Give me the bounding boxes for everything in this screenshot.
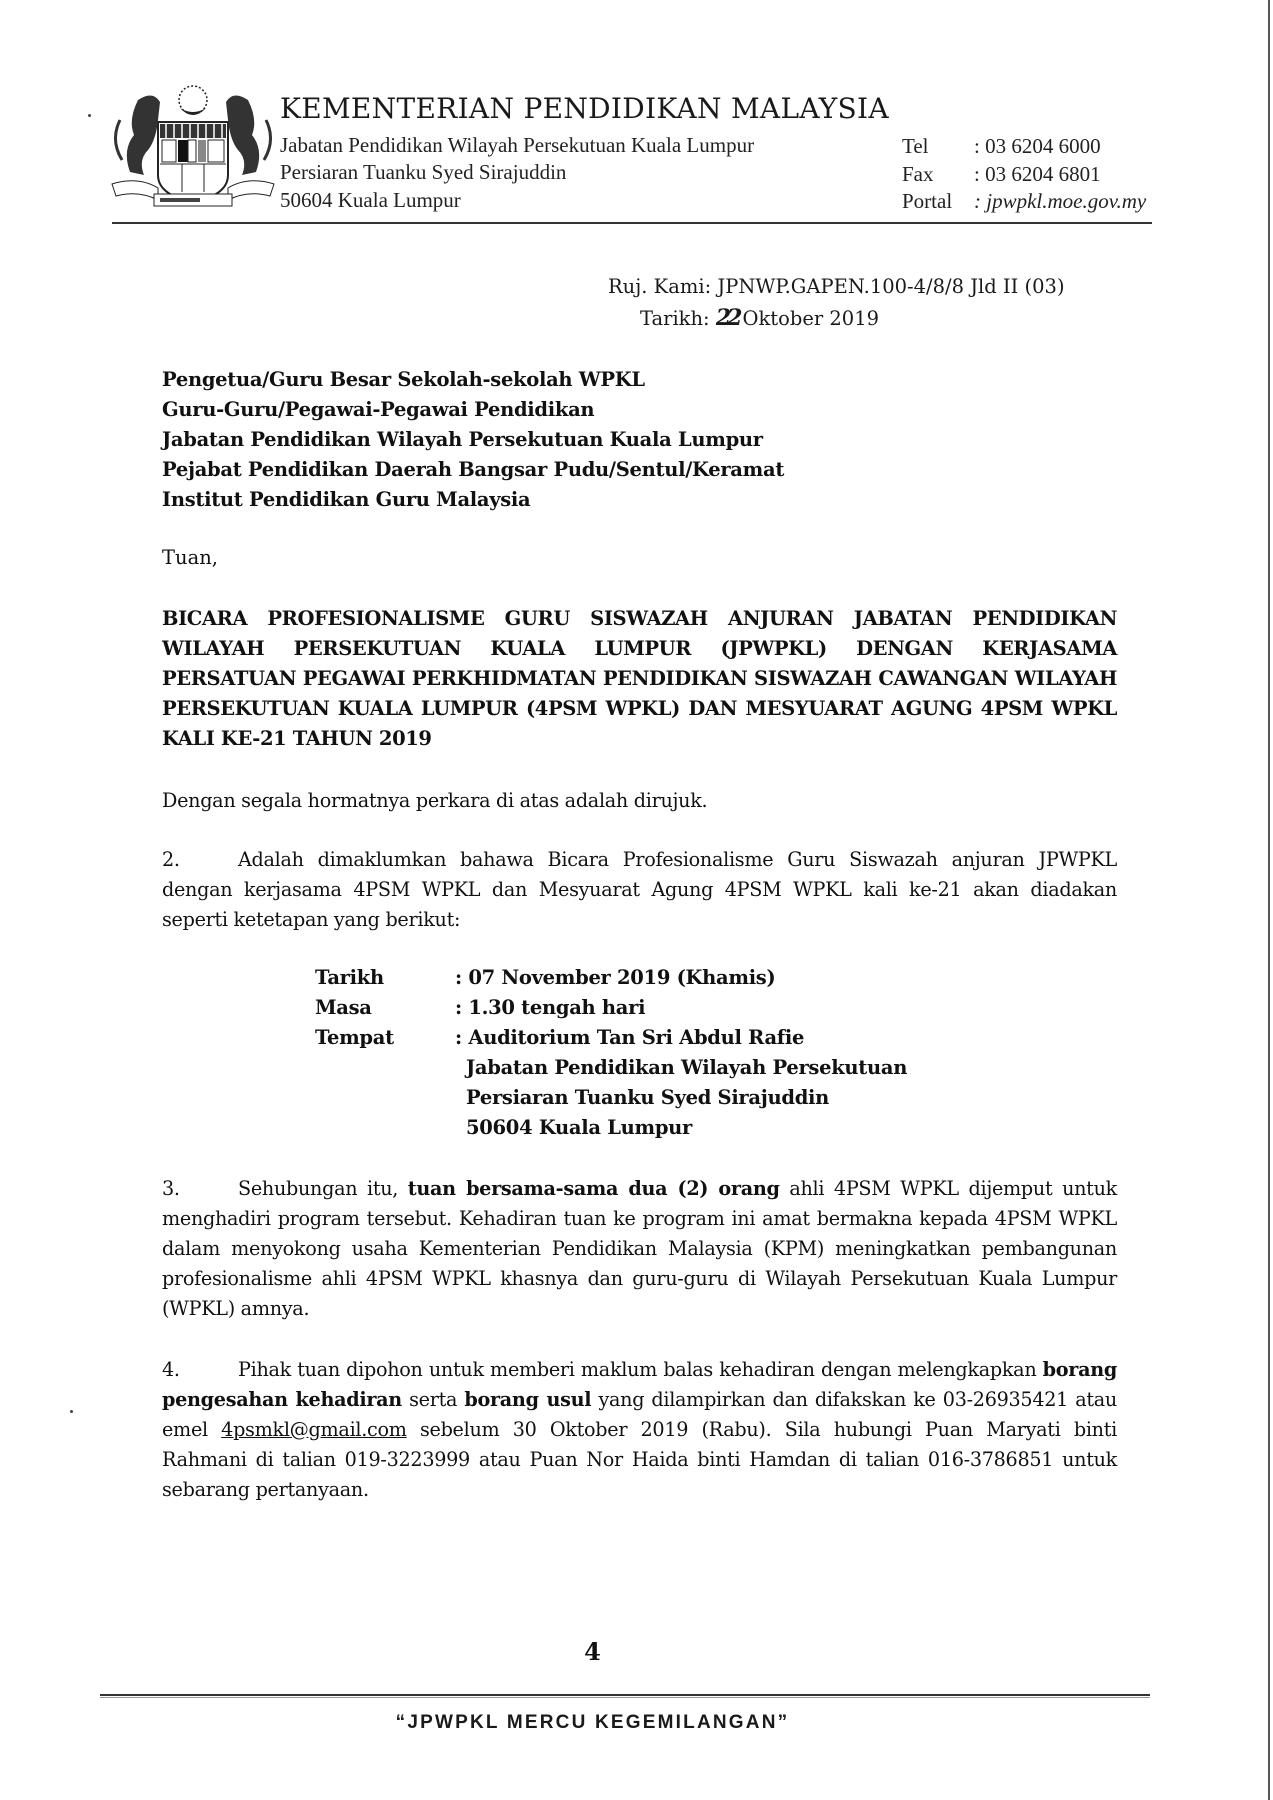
footer-motto: “JPWPKL MERCU KEGEMILANGAN” xyxy=(0,1712,1185,1734)
paragraph-bold-text: borang usul xyxy=(464,1388,591,1411)
letterhead-address-line: Jabatan Pendidikan Wilayah Persekutuan K… xyxy=(280,133,754,158)
letterhead-address-line: 50604 Kuala Lumpur xyxy=(280,188,461,213)
paragraph-text: Pihak tuan dipohon untuk memberi maklum … xyxy=(238,1358,1036,1381)
recipient-line: Institut Pendidikan Guru Malaysia xyxy=(162,485,784,515)
venue-line-text: Persiaran Tuanku Syed Sirajuddin xyxy=(455,1086,829,1109)
detail-value: : Auditorium Tan Sri Abdul Rafie xyxy=(455,1023,804,1053)
page-number: 4 xyxy=(0,1637,1185,1666)
detail-label: Tarikh xyxy=(315,963,455,993)
paragraph-bold-text: tuan bersama-sama dua (2) orang xyxy=(408,1177,780,1200)
reference-label: Ruj. Kami: xyxy=(608,275,711,298)
footer-divider xyxy=(100,1694,1150,1696)
paragraph-number: 3. xyxy=(162,1174,238,1204)
contact-fax: Fax : 03 6204 6801 xyxy=(902,161,1146,189)
paragraph-4: 4.Pihak tuan dipohon untuk memberi maklu… xyxy=(162,1355,1117,1505)
event-details: Tarikh : 07 November 2019 (Khamis) Masa … xyxy=(315,963,907,1143)
contact-value: : 03 6204 6000 xyxy=(974,134,1101,159)
recipient-line: Jabatan Pendidikan Wilayah Persekutuan K… xyxy=(162,425,784,455)
detail-row-tempat: Tempat : Auditorium Tan Sri Abdul Rafie xyxy=(315,1023,907,1053)
letter-page: KEMENTERIAN PENDIDIKAN MALAYSIA Jabatan … xyxy=(0,0,1273,1800)
recipient-line: Pengetua/Guru Besar Sekolah-sekolah WPKL xyxy=(162,365,784,395)
footer-divider-shadow xyxy=(100,1697,1150,1698)
letter-subject: BICARA PROFESIONALISME GURU SISWAZAH ANJ… xyxy=(162,604,1117,754)
letter-date: Tarikh: 22Oktober 2019 xyxy=(640,305,879,331)
venue-line: Persiaran Tuanku Syed Sirajuddin xyxy=(315,1083,907,1113)
paragraph-text: Adalah dimaklumkan bahawa Bicara Profesi… xyxy=(162,848,1117,931)
scan-speck xyxy=(88,114,91,117)
detail-value: : 1.30 tengah hari xyxy=(455,993,645,1023)
contact-label: Fax xyxy=(902,162,974,187)
scan-edge-line xyxy=(1268,0,1270,1800)
venue-line: Jabatan Pendidikan Wilayah Persekutuan xyxy=(315,1053,907,1083)
detail-value: : 07 November 2019 (Khamis) xyxy=(455,963,775,993)
paragraph-1: Dengan segala hormatnya perkara di atas … xyxy=(162,786,1117,816)
venue-line-text: 50604 Kuala Lumpur xyxy=(455,1116,692,1139)
handwritten-day: 22 xyxy=(716,305,739,331)
ministry-name: KEMENTERIAN PENDIDIKAN MALAYSIA xyxy=(280,92,889,125)
malaysia-coat-of-arms-icon xyxy=(108,80,278,210)
portal-link[interactable]: : jpwpkl.moe.gov.my xyxy=(974,189,1146,214)
paragraph-2: 2.Adalah dimaklumkan bahawa Bicara Profe… xyxy=(162,845,1117,935)
recipient-line: Pejabat Pendidikan Daerah Bangsar Pudu/S… xyxy=(162,455,784,485)
paragraph-number: 4. xyxy=(162,1355,238,1385)
reference-number: Ruj. Kami: JPNWP.GAPEN.100-4/8/8 Jld II … xyxy=(608,275,1065,298)
paragraph-3: 3.Sehubungan itu, tuan bersama-sama dua … xyxy=(162,1174,1117,1324)
contact-label: Portal xyxy=(902,189,974,214)
contact-value: : 03 6204 6801 xyxy=(974,162,1101,187)
email-link[interactable]: 4psmkl@gmail.com xyxy=(221,1418,406,1441)
date-label: Tarikh: xyxy=(640,307,710,330)
detail-label: Tempat xyxy=(315,1023,455,1053)
date-month-year: Oktober 2019 xyxy=(742,307,879,330)
detail-label: Masa xyxy=(315,993,455,1023)
recipient-line: Guru-Guru/Pegawai-Pegawai Pendidikan xyxy=(162,395,784,425)
reference-value: JPNWP.GAPEN.100-4/8/8 Jld II (03) xyxy=(717,275,1064,298)
paragraph-text: serta xyxy=(409,1388,457,1411)
contact-portal: Portal : jpwpkl.moe.gov.my xyxy=(902,188,1146,216)
letterhead-divider xyxy=(112,222,1152,224)
venue-line: 50604 Kuala Lumpur xyxy=(315,1113,907,1143)
detail-row-tarikh: Tarikh : 07 November 2019 (Khamis) xyxy=(315,963,907,993)
scan-speck xyxy=(70,1410,73,1413)
letterhead-contacts: Tel : 03 6204 6000 Fax : 03 6204 6801 Po… xyxy=(902,133,1146,216)
paragraph-text: Sehubungan itu, xyxy=(238,1177,398,1200)
recipients-block: Pengetua/Guru Besar Sekolah-sekolah WPKL… xyxy=(162,365,784,515)
contact-label: Tel xyxy=(902,134,974,159)
letterhead-address-line: Persiaran Tuanku Syed Sirajuddin xyxy=(280,160,566,185)
contact-tel: Tel : 03 6204 6000 xyxy=(902,133,1146,161)
salutation: Tuan, xyxy=(162,546,218,569)
venue-line-text: Jabatan Pendidikan Wilayah Persekutuan xyxy=(455,1056,907,1079)
paragraph-number: 2. xyxy=(162,845,238,875)
detail-row-masa: Masa : 1.30 tengah hari xyxy=(315,993,907,1023)
